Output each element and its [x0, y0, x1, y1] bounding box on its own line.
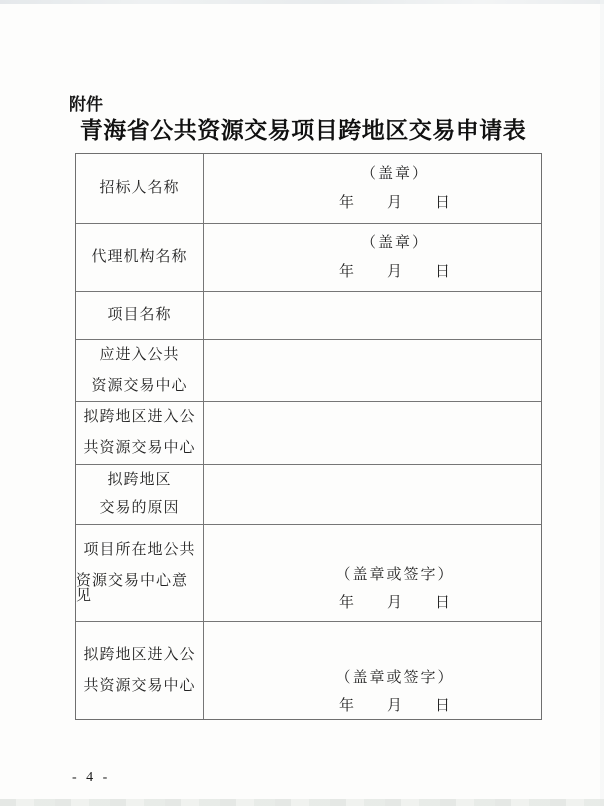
table-row: 拟跨地区进入公 共资源交易中心 （盖章或签字） 年 月 日: [76, 621, 541, 719]
row-label-cell: 拟跨地区进入公 共资源交易中心: [76, 402, 204, 464]
row-label-line: 资源交易中心意见: [76, 574, 203, 604]
date-line: 年 月 日: [339, 699, 451, 714]
stamp-hint: （盖章或签字）: [335, 671, 454, 686]
row-label-line: 应进入公共: [99, 348, 179, 363]
stamp-hint: （盖章）: [361, 236, 429, 251]
date-line: 年 月 日: [339, 265, 451, 280]
application-form-table: 招标人名称 （盖章） 年 月 日 代理机构名称 （盖章） 年 月 日 项目名称: [75, 153, 542, 720]
row-value-cell: （盖章或签字） 年 月 日: [204, 622, 541, 719]
row-label-cell: 项目名称: [76, 292, 204, 339]
stamp-hint: （盖章或签字）: [335, 568, 454, 583]
row-label-cell: 拟跨地区进入公 共资源交易中心: [76, 622, 204, 719]
row-label-line: 招标人名称: [99, 181, 179, 196]
page-number: - 4 -: [72, 770, 110, 786]
row-label-cell: 应进入公共 资源交易中心: [76, 340, 204, 401]
row-label-line: 项目所在地公共: [83, 543, 195, 558]
row-label-cell: 招标人名称: [76, 154, 204, 223]
row-value-cell: [204, 402, 541, 464]
scan-artifact-top: [0, 0, 604, 4]
row-value-cell: （盖章） 年 月 日: [204, 154, 541, 223]
row-value-cell: [204, 292, 541, 339]
row-label-cell: 拟跨地区 交易的原因: [76, 465, 204, 524]
table-row: 拟跨地区进入公 共资源交易中心: [76, 401, 541, 464]
row-label-cell: 代理机构名称: [76, 224, 204, 291]
stamp-hint: （盖章）: [361, 167, 429, 182]
row-label-line: 拟跨地区: [107, 473, 171, 488]
form-title: 青海省公共资源交易项目跨地区交易申请表: [60, 112, 546, 145]
row-value-cell: （盖章） 年 月 日: [204, 224, 541, 291]
table-row: 招标人名称 （盖章） 年 月 日: [76, 154, 541, 223]
row-label-line: 拟跨地区进入公: [83, 410, 195, 425]
row-label-line: 拟跨地区进入公: [83, 648, 195, 663]
row-value-cell: [204, 340, 541, 401]
scanned-page: 附件 青海省公共资源交易项目跨地区交易申请表 招标人名称 （盖章） 年 月 日 …: [0, 0, 604, 806]
row-label-line: 交易的原因: [99, 501, 179, 516]
table-row: 项目所在地公共 资源交易中心意见 （盖章或签字） 年 月 日: [76, 524, 541, 621]
row-label-line: 资源交易中心: [91, 379, 187, 394]
date-line: 年 月 日: [339, 196, 451, 211]
scan-artifact-right: [600, 0, 604, 806]
row-label-line: 代理机构名称: [91, 250, 187, 265]
scan-artifact-bottom: [0, 799, 604, 806]
table-row: 代理机构名称 （盖章） 年 月 日: [76, 223, 541, 291]
row-label-line: 项目名称: [107, 308, 171, 323]
table-row: 项目名称: [76, 291, 541, 339]
row-label-line: 共资源交易中心: [83, 441, 195, 456]
row-label-cell: 项目所在地公共 资源交易中心意见: [76, 525, 204, 621]
row-label-line: 共资源交易中心: [83, 679, 195, 694]
table-row: 应进入公共 资源交易中心: [76, 339, 541, 401]
table-row: 拟跨地区 交易的原因: [76, 464, 541, 524]
row-value-cell: （盖章或签字） 年 月 日: [204, 525, 541, 621]
row-value-cell: [204, 465, 541, 524]
date-line: 年 月 日: [339, 596, 451, 611]
